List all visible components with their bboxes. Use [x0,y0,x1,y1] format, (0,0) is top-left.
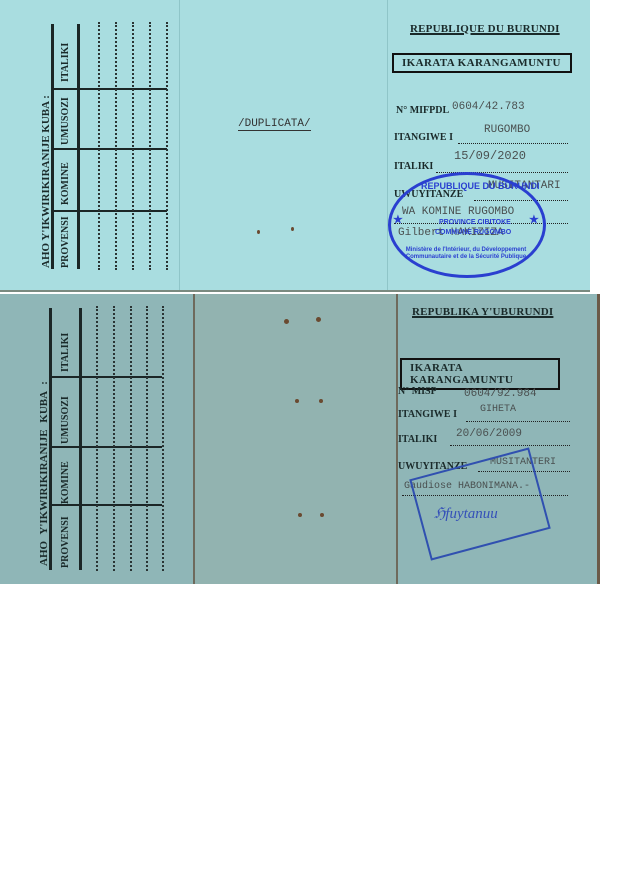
entry-line [146,306,148,571]
entry-line [166,22,168,270]
seal-top-text: REPUBLIQUE DU BURUNDI [421,181,540,191]
seal-star-icon: ★ [529,213,539,226]
entry-line [113,306,115,571]
identity-panel: REPUBLIQUE DU BURUNDI IKARATA KARANGAMUN… [388,0,590,290]
staple-mark [291,227,294,231]
field-value-number: 0604/42.783 [452,101,525,113]
seal-province-text: PROVINCE CIBITOKE [439,219,511,226]
field-value-issued-at: RUGOMBO [484,124,530,136]
staple-mark [257,230,260,234]
staple-hole [320,513,324,517]
column-provensi: PROVENSI [60,216,71,268]
column-italiki: ITALIKI [60,43,71,82]
staple-hole [319,399,323,403]
seal-star-icon: ★ [393,213,403,226]
table-border [51,24,54,269]
fill-line [466,421,570,422]
signature: ℌfuytanuu [434,504,498,523]
column-umusozi: UMUSOZI [60,396,71,444]
field-label-issued-at: ITANGIWE I [394,132,453,143]
field-value-date: 15/09/2020 [454,149,526,163]
entry-line [130,306,132,571]
field-value-date: 20/06/2009 [456,428,522,440]
column-umusozi: UMUSOZI [60,97,71,145]
entry-line [115,22,117,270]
middle-panel: /DUPLICATA/ [180,0,388,290]
country-title: REPUBLIKA Y'UBURUNDI [412,306,553,318]
middle-panel [195,294,398,584]
table-border [49,308,52,570]
column-komine: KOMINE [60,162,71,205]
residence-panel: AHO Y'IKWIRIKIRANIJE KUBA : PROVENSI KOM… [0,0,180,290]
field-label-date: ITALIKI [394,161,433,172]
entry-line [132,22,134,270]
field-label-number: N° MISP [398,386,437,397]
column-provensi: PROVENSI [60,516,71,568]
official-seal: REPUBLIQUE DU BURUNDI PROVINCE CIBITOKE … [388,172,546,278]
residence-panel: AHO Y'IKWIRIKIRANIJE KUBA : PROVENSI KOM… [0,294,195,584]
identity-panel: REPUBLIKA Y'UBURUNDI IKARATA KARANGAMUNT… [398,294,597,584]
staple-hole [316,317,321,322]
card-title: IKARATA KARANGAMUNTU [392,53,572,73]
table-border [77,24,80,269]
country-title: REPUBLIQUE DU BURUNDI [410,23,560,35]
field-label-date: ITALIKI [398,434,437,445]
staple-hole [284,319,289,324]
staple-hole [295,399,299,403]
column-italiki: ITALIKI [60,333,71,372]
field-value-issued-at: GIHETA [480,404,516,415]
field-value-number: 0604/92.984 [464,388,537,400]
seal-commune-text: COMMUNE RUGOMBO [435,229,511,236]
entry-line [149,22,151,270]
id-card-2009: AHO Y'IKWIRIKIRANIJE KUBA : PROVENSI KOM… [0,294,600,584]
entry-line [98,22,100,270]
fill-line [450,445,570,446]
id-card-duplicate-2020: AHO Y'IKWIRIKIRANIJE KUBA : PROVENSI KOM… [0,0,590,292]
table-border [79,308,82,570]
field-label-issued-at: ITANGIWE I [398,409,457,420]
entry-line [96,306,98,571]
duplicata-stamp: /DUPLICATA/ [238,118,311,131]
fill-line [458,143,568,144]
column-komine: KOMINE [60,461,71,504]
staple-hole [298,513,302,517]
seal-ministry-text: Ministère de l'Intérieur, du Développeme… [401,247,531,261]
field-label-number: N° MIFPDL [396,105,449,116]
entry-line [162,306,164,571]
